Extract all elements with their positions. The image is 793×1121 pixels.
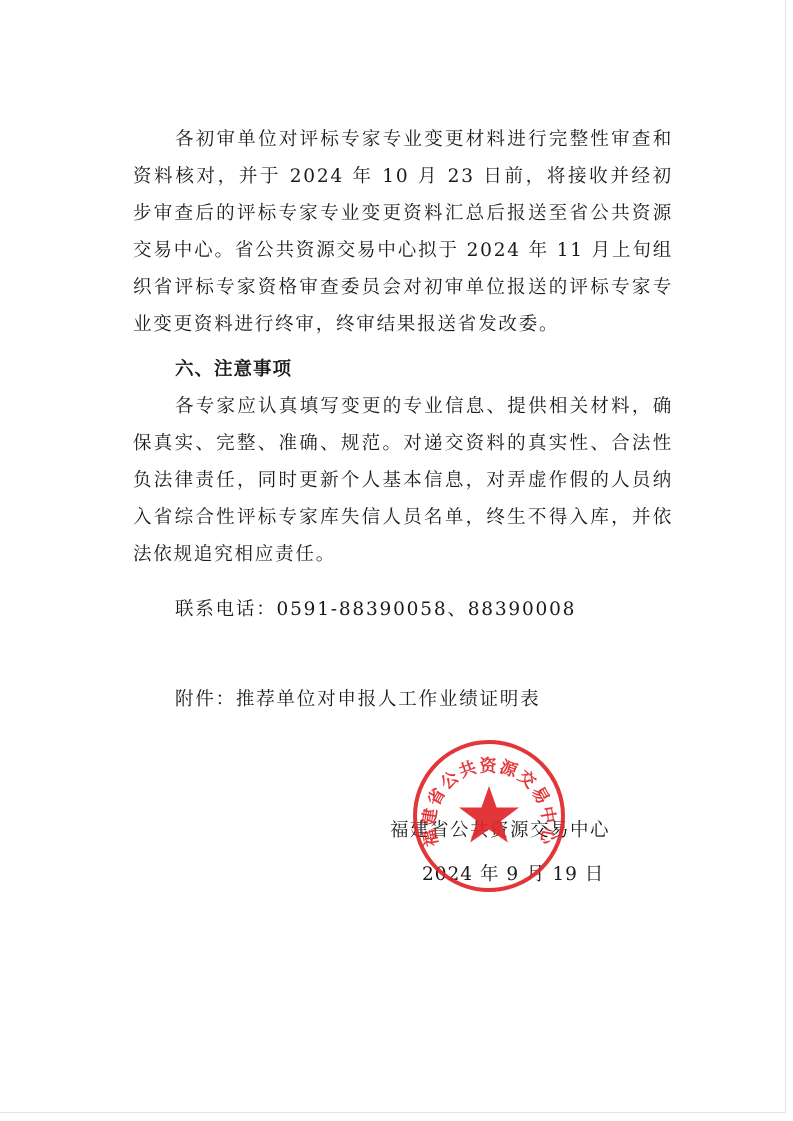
- notes-paragraph: 各专家应认真填写变更的专业信息、提供相关材料，确保真实、完整、准确、规范。对递交…: [133, 388, 673, 573]
- signature-date: 2024 年 9 月 19 日: [422, 862, 604, 888]
- attachment-line: 附件：推荐单位对申报人工作业绩证明表: [175, 681, 540, 718]
- signature-organization: 福建省公共资源交易中心: [390, 818, 610, 844]
- page-edge-right: [785, 0, 786, 1113]
- contact-phone: 联系电话：0591-88390058、88390008: [175, 591, 576, 628]
- section-heading-notes: 六、注意事项: [175, 351, 292, 388]
- review-procedure-paragraph: 各初审单位对评标专家专业变更材料进行完整性审查和资料核对，并于 2024 年 1…: [133, 121, 673, 343]
- page-edge-bottom: [0, 1112, 786, 1113]
